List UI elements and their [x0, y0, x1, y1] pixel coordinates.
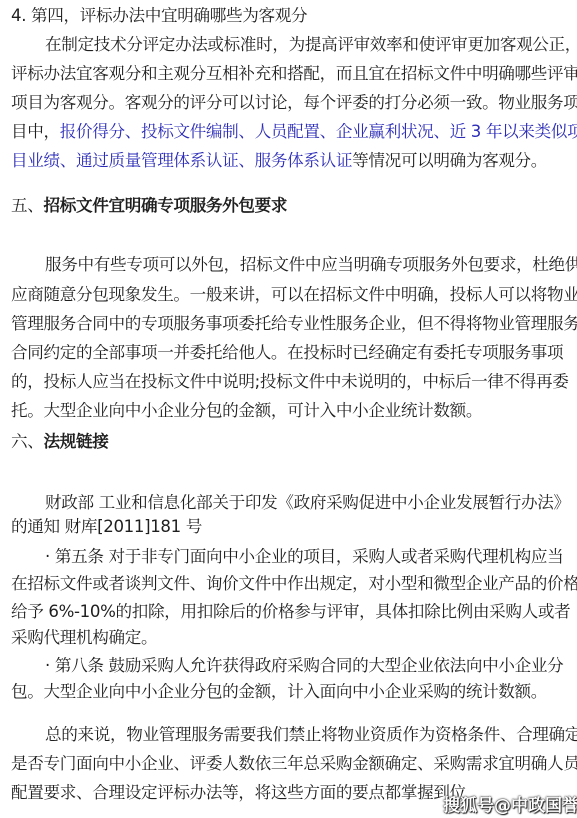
section5-heading: 五、招标文件宜明确专项服务外包要求	[11, 196, 287, 216]
regulation-title-line: 的通知 财库[2011]181 号	[11, 517, 202, 537]
conclusion-line: 配置要求、合理设定评标办法等，将这些方面的要点都掌握到位	[11, 783, 466, 803]
heading-prefix: 五、	[11, 196, 44, 215]
paragraph-line: 在制定技术分评定办法或标准时，为提高评审效率和使评审更加客观公正，	[11, 35, 577, 55]
paragraph-line: 目中，报价得分、投标文件编制、人员配置、企业赢利状况、近 3 年以来类似项	[11, 122, 577, 142]
heading-title: 招标文件宜明确专项服务外包要求	[44, 196, 288, 215]
paragraph-line: 托。大型企业向中小企业分包的金额，可计入中小企业统计数额。	[11, 401, 482, 421]
paragraph-line: 目业绩、通过质量管理体系认证、服务体系认证等情况可以明确为客观分。	[11, 151, 547, 171]
section6-heading: 六、法规链接	[11, 432, 108, 452]
paragraph-line: 评标办法宜客观分和主观分互相补充和搭配，而且宜在招标文件中明确哪些评审	[11, 64, 577, 84]
highlighted-objective-items: 目业绩、通过质量管理体系认证、服务体系认证	[11, 151, 352, 170]
highlighted-objective-items: 报价得分、投标文件编制、人员配置、企业赢利状况、近 3 年以来类似项	[60, 122, 577, 141]
paragraph-line: 合同约定的全部事项一并委托给他人。在投标时已经确定有委托专项服务事项	[11, 343, 563, 363]
article-5-line: · 第五条 对于非专门面向中小企业的项目，采购人或者采购代理机构应当	[11, 547, 563, 567]
regulation-title-line: 财政部 工业和信息化部关于印发《政府采购促进中小企业发展暂行办法》	[11, 493, 570, 513]
text-segment: 目中，	[11, 122, 60, 141]
article-8-line: · 第八条 鼓励采购人允许获得政府采购合同的大型企业依法向中小企业分	[11, 656, 563, 676]
paragraph-line: 项目为客观分。客观分的评分可以讨论，每个评委的打分必须一致。物业服务项	[11, 93, 577, 113]
paragraph-line: 管理服务合同中的专项服务事项委托给专业性服务企业，但不得将物业管理服务	[11, 314, 577, 334]
text-segment: 等情况可以明确为客观分。	[352, 151, 547, 170]
paragraph-line: 应商随意分包现象发生。一般来讲，可以在招标文件中明确，投标人可以将物业	[11, 285, 577, 305]
heading-title: 法规链接	[44, 432, 109, 451]
sohu-watermark: 搜狐号@中政国誉	[443, 791, 577, 816]
conclusion-line: 总的来说，物业管理服务需要我们禁止将物业资质作为资格条件、合理确定	[11, 725, 577, 745]
paragraph-line: 的，投标人应当在投标文件中说明;投标文件中未说明的，中标后一律不得再委	[11, 372, 569, 392]
article-5-line: 在招标文件或者谈判文件、询价文件中作出规定，对小型和微型企业产品的价格	[11, 574, 577, 594]
section4-heading: 4. 第四，评标办法中宜明确哪些为客观分	[11, 6, 307, 26]
article-5-line: 给予 6%-10%的扣除，用扣除后的价格参与评审，具体扣除比例由采购人或者	[11, 602, 570, 622]
conclusion-line: 是否专门面向中小企业、评委人数依三年总采购金额确定、采购需求宜明确人员	[11, 754, 577, 774]
article-5-line: 采购代理机构确定。	[11, 628, 157, 648]
article-8-line: 包。大型企业向中小企业分包的金额，计入面向中小企业采购的统计数额。	[11, 682, 547, 702]
heading-prefix: 六、	[11, 432, 44, 451]
paragraph-line: 服务中有些专项可以外包，招标文件中应当明确专项服务外包要求，杜绝供	[11, 255, 577, 275]
